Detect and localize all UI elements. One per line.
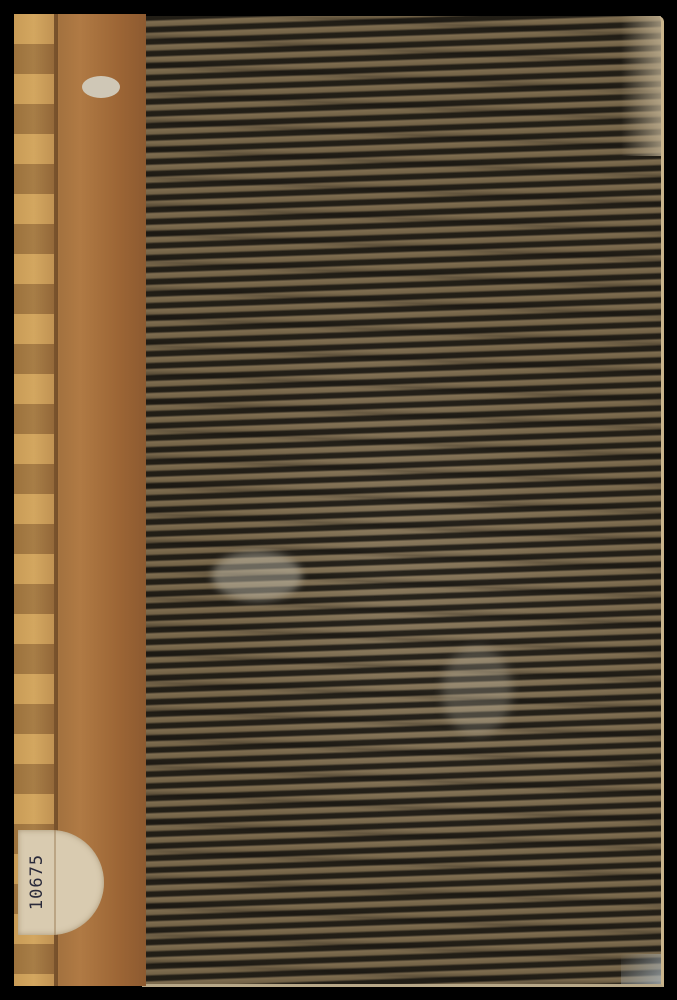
book-cover: 10675 <box>14 14 661 986</box>
corner-wear-bottom-right <box>621 954 661 984</box>
label-fold <box>54 830 56 935</box>
corner-wear-top-right <box>621 16 661 156</box>
leather-chip <box>82 76 120 98</box>
worn-patch <box>212 551 302 601</box>
marbled-board <box>142 16 664 987</box>
worn-patch <box>442 646 512 736</box>
label-number: 10675 <box>26 832 48 932</box>
